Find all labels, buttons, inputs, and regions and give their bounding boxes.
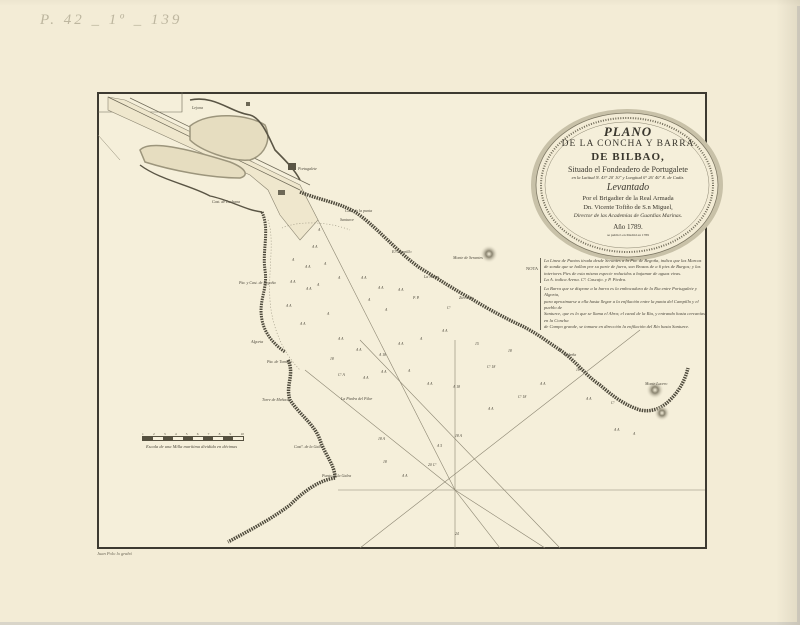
cartouche-author: Dn. Vicente Tofiño de S.n Miguel, — [533, 204, 723, 211]
sounding-mark: Cª — [611, 401, 615, 405]
sounding-mark: A A — [338, 337, 343, 341]
sounding-mark: 24 — [455, 532, 459, 536]
sounding-mark: A A — [402, 474, 407, 478]
sounding-mark: A A — [540, 382, 545, 386]
sounding-mark: A A — [361, 276, 366, 280]
cartouche-surveyed: Levantado — [533, 182, 723, 193]
cartouche-place: DE BILBAO, — [533, 151, 723, 163]
note-line: La A. indica Arena. Cª. Cascajo. y P. Pi… — [544, 277, 705, 283]
note-line: de Campo grande, se tomara en dirección … — [544, 324, 705, 330]
town-portugalete-icon — [288, 163, 296, 170]
sounding-mark: A — [338, 276, 340, 280]
sounding-mark: 18 — [576, 368, 580, 372]
place-label: Santurce — [340, 217, 354, 222]
place-label: Castº. de la Galea — [294, 444, 323, 449]
sounding-mark: A — [324, 262, 326, 266]
place-label: Pta. y Cast. de Begoña — [239, 280, 276, 285]
place-label: Pta. de Tomano — [267, 359, 292, 364]
sounding-mark: A A — [488, 407, 493, 411]
sounding-mark: A A — [306, 287, 311, 291]
sounding-mark: A A — [305, 265, 310, 269]
sounding-mark: Cª — [447, 306, 451, 310]
note-navigation: La Barra que se dispone a la barra es la… — [540, 286, 705, 330]
note-line: para aproximarse a ella hasta llegar a l… — [544, 299, 705, 312]
sounding-mark: A — [408, 369, 410, 373]
castle-luchana-icon — [278, 190, 285, 195]
sounding-mark: Cª 18 — [518, 395, 526, 399]
sounding-mark: A A — [586, 397, 591, 401]
sounding-mark: A A — [363, 376, 368, 380]
place-label: Lejona — [192, 105, 203, 110]
cartouche-author-title: Director de las Academias de Guardias Ma… — [533, 213, 723, 219]
note-soundings: La Linea de Puntos tirada desde Serantes… — [540, 258, 705, 283]
sounding-mark: A — [317, 283, 319, 287]
cartouche-anchorage: Situado el Fondeadero de Portugalete — [533, 165, 723, 174]
place-label: La Arena — [424, 274, 439, 279]
place-label: Zierbena — [459, 295, 473, 300]
sounding-mark: A A — [398, 342, 403, 346]
sounding-mark: A — [292, 258, 294, 262]
cartouche-by: Por el Brigadier de la Real Armada — [533, 195, 723, 202]
sounding-mark: A A — [290, 280, 295, 284]
sounding-mark: 15 — [475, 342, 479, 346]
sounding-mark: A 18 — [379, 353, 386, 357]
monte-serantes-icon — [480, 245, 498, 263]
sounding-mark: A — [633, 432, 635, 436]
sounding-mark: A A — [398, 288, 403, 292]
sounding-mark: A 5 — [437, 444, 442, 448]
sounding-mark: A 18 — [453, 385, 460, 389]
place-label: Pobeña — [564, 352, 576, 357]
place-label: La Piedra del Pilar — [341, 396, 372, 401]
sounding-mark: A A — [286, 304, 291, 308]
sounding-mark: P. P. — [413, 296, 420, 300]
sounding-mark: A A — [614, 428, 619, 432]
sounding-mark: 18 A — [378, 437, 385, 441]
sounding-mark: Cª 18 — [487, 365, 495, 369]
sounding-mark: A A — [356, 348, 361, 352]
town-lejona-icon — [246, 102, 250, 106]
sounding-mark: 18 — [330, 357, 334, 361]
sounding-mark: 20 Cª — [428, 463, 436, 467]
cartouche-coordinates: en la Latitud N. 43° 20′ 10″ y Longitud … — [533, 175, 723, 180]
cartouche-imprint: se publicó en Madrid en 1789 — [533, 233, 723, 237]
note-line: Santurce, que es lo que se llama el Abra… — [544, 311, 705, 324]
place-label: El Campillo — [392, 249, 411, 254]
sounding-mark: A A — [300, 322, 305, 326]
scale-bar — [142, 436, 244, 441]
sounding-mark: A — [420, 337, 422, 341]
sounding-mark: A — [368, 298, 370, 302]
sounding-mark: A A — [312, 245, 317, 249]
note-line: de sonda que se hallan por su parte de f… — [544, 264, 705, 270]
place-label: Punta de la Galea — [322, 473, 351, 478]
notes-label: NOTA — [526, 266, 538, 271]
sounding-mark: A A — [442, 329, 447, 333]
title-cartouche: PLANO DE LA CONCHA Y BARRA DE BILBAO, Si… — [533, 110, 723, 260]
place-label: Casa de la punta — [345, 208, 372, 213]
note-line: La Barra que se dispone a la barra es la… — [544, 286, 705, 299]
place-label: Portugalete — [298, 166, 317, 171]
engraver-credit: Juan Polo lo grabó — [97, 551, 132, 556]
sounding-mark: 18 A — [455, 434, 462, 438]
sounding-mark: A A — [381, 370, 386, 374]
place-label: Algorta — [251, 339, 263, 344]
note-line: interiores Pies de esta misma especie re… — [544, 271, 705, 277]
place-label: Torre de Meñaca — [262, 397, 289, 402]
sounding-mark: 18 — [383, 460, 387, 464]
sounding-mark: 18 — [508, 349, 512, 353]
sounding-mark: A — [385, 308, 387, 312]
sounding-mark: A A — [378, 286, 383, 290]
place-label: Cast. de Luchana — [212, 199, 240, 204]
map-notes: La Linea de Puntos tirada desde Serantes… — [540, 258, 705, 333]
sounding-mark: A A — [427, 382, 432, 386]
scale-label: Escala de una Milla marítima dividida en… — [146, 444, 237, 449]
cartouche-title: PLANO — [533, 124, 723, 140]
sounding-mark: A — [318, 228, 320, 232]
cartouche-year: Año 1789. — [533, 223, 723, 231]
place-label: Monte de Serantes — [453, 255, 483, 260]
sounding-mark: Cª A — [338, 373, 345, 377]
cartouche-subtitle: DE LA CONCHA Y BARRA — [533, 139, 723, 149]
place-label: Monte Lucero — [645, 381, 667, 386]
sounding-mark: A — [327, 312, 329, 316]
